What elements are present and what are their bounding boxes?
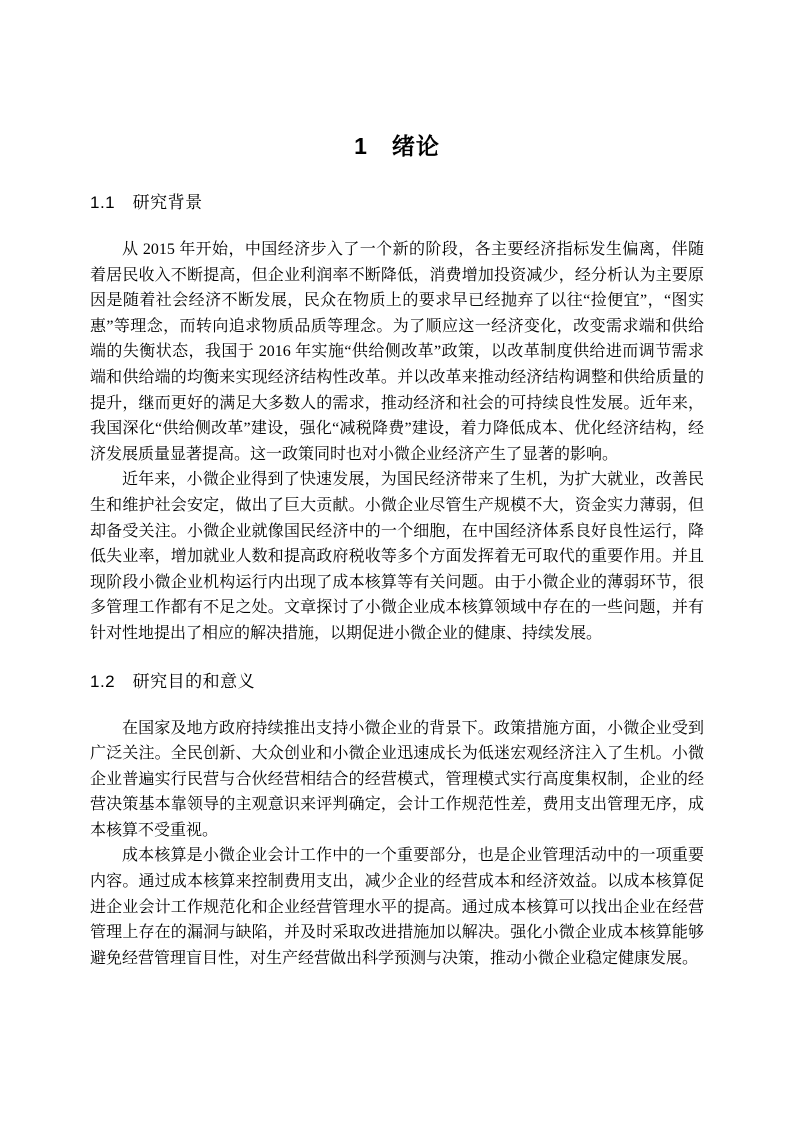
document-page: 1 绪论 1.1 研究背景 从 2015 年开始，中国经济步入了一个新的阶段，各… (0, 0, 793, 1122)
section-heading-1-1: 1.1 研究背景 (90, 192, 704, 214)
paragraph-research-background-1: 从 2015 年开始，中国经济步入了一个新的阶段，各主要经济指标发生偏离，伴随着… (90, 237, 704, 467)
paragraph-purpose-significance-2: 成本核算是小微企业会计工作中的一个重要部分，也是企业管理活动中的一项重要内容。通… (90, 843, 704, 971)
chapter-title: 1 绪论 (90, 131, 704, 161)
paragraph-research-background-2: 近年来，小微企业得到了快速发展，为国民经济带来了生机，为扩大就业，改善民生和维护… (90, 467, 704, 646)
section-heading-1-2: 1.2 研究目的和意义 (90, 671, 704, 693)
paragraph-purpose-significance-1: 在国家及地方政府持续推出支持小微企业的背景下。政策措施方面，小微企业受到广泛关注… (90, 716, 704, 844)
